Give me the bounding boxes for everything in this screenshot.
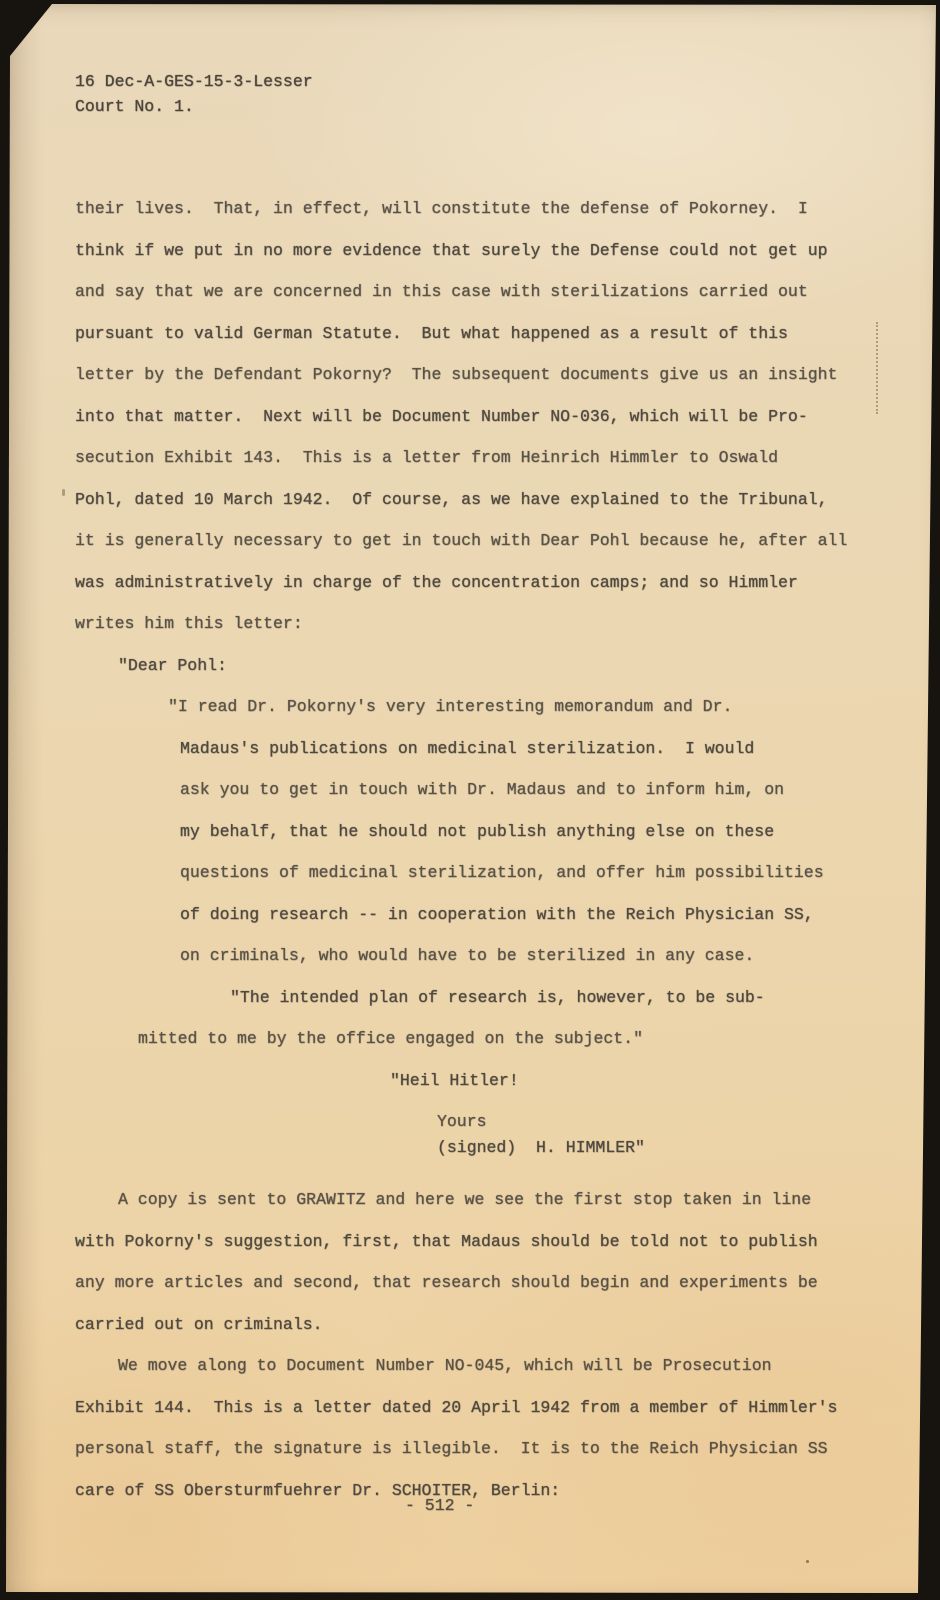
quoted-letter-line: mitted to me by the office engaged on th… [75, 1029, 895, 1071]
text-line: into that matter. Next will be Document … [75, 407, 895, 449]
text-line: any more articles and second, that resea… [75, 1273, 895, 1315]
text-line: and say that we are concerned in this ca… [75, 282, 895, 324]
text-line: Exhibit 144. This is a letter dated 20 A… [75, 1398, 895, 1440]
text-line: Pohl, dated 10 March 1942. Of course, as… [75, 490, 895, 532]
quoted-letter-line: my behalf, that he should not publish an… [75, 822, 895, 864]
text-line: secution Exhibit 143. This is a letter f… [75, 448, 895, 490]
scan-artifact-speck [62, 489, 65, 496]
text-line: letter by the Defendant Pokorny? The sub… [75, 365, 895, 407]
text-line: think if we put in no more evidence that… [75, 241, 895, 283]
page-header: 16 Dec-A-GES-15-3-Lesser Court No. 1. [75, 72, 313, 122]
text-line: their lives. That, in effect, will const… [75, 199, 895, 241]
document-page: 16 Dec-A-GES-15-3-Lesser Court No. 1. th… [0, 0, 940, 1600]
text-line: carried out on criminals. [75, 1315, 895, 1357]
quoted-letter-line: ask you to get in touch with Dr. Madaus … [75, 780, 895, 822]
text-line: writes him this letter: [75, 614, 895, 656]
page-number: - 512 - [405, 1496, 474, 1515]
letter-salutation: "Dear Pohl: [75, 656, 895, 698]
text-line: with Pokorny's suggestion, first, that M… [75, 1232, 895, 1274]
text-line: was administratively in charge of the co… [75, 573, 895, 615]
quoted-letter-line: on criminals, who would have to be steri… [75, 946, 895, 988]
letter-signature: (signed) H. HIMMLER" [75, 1138, 895, 1164]
text-line: personal staff, the signature is illegib… [75, 1439, 895, 1481]
scan-crease-mark [876, 322, 878, 414]
letter-closing: Yours [75, 1112, 895, 1138]
text-line: A copy is sent to GRAWITZ and here we se… [75, 1190, 895, 1232]
text-line: it is generally necessary to get in touc… [75, 531, 895, 573]
quoted-letter-line: Madaus's publications on medicinal steri… [75, 739, 895, 781]
transcript-body: their lives. That, in effect, will const… [75, 199, 895, 1522]
quoted-letter-line: "I read Dr. Pokorny's very interesting m… [75, 697, 895, 739]
text-line: We move along to Document Number NO-045,… [75, 1356, 895, 1398]
letter-closing-salute: "Heil Hitler! [75, 1071, 895, 1113]
scanned-page-background: 16 Dec-A-GES-15-3-Lesser Court No. 1. th… [0, 0, 940, 1600]
text-line: pursuant to valid German Statute. But wh… [75, 324, 895, 366]
quoted-letter-line: of doing research -- in cooperation with… [75, 905, 895, 947]
quoted-letter-line: "The intended plan of research is, howev… [75, 988, 895, 1030]
text-line: care of SS Obersturmfuehrer Dr. SCHOITER… [75, 1481, 895, 1523]
scan-artifact-speck [806, 1560, 809, 1563]
quoted-letter-line: questions of medicinal sterilization, an… [75, 863, 895, 905]
document-reference: 16 Dec-A-GES-15-3-Lesser [75, 72, 313, 97]
court-number: Court No. 1. [75, 97, 313, 122]
